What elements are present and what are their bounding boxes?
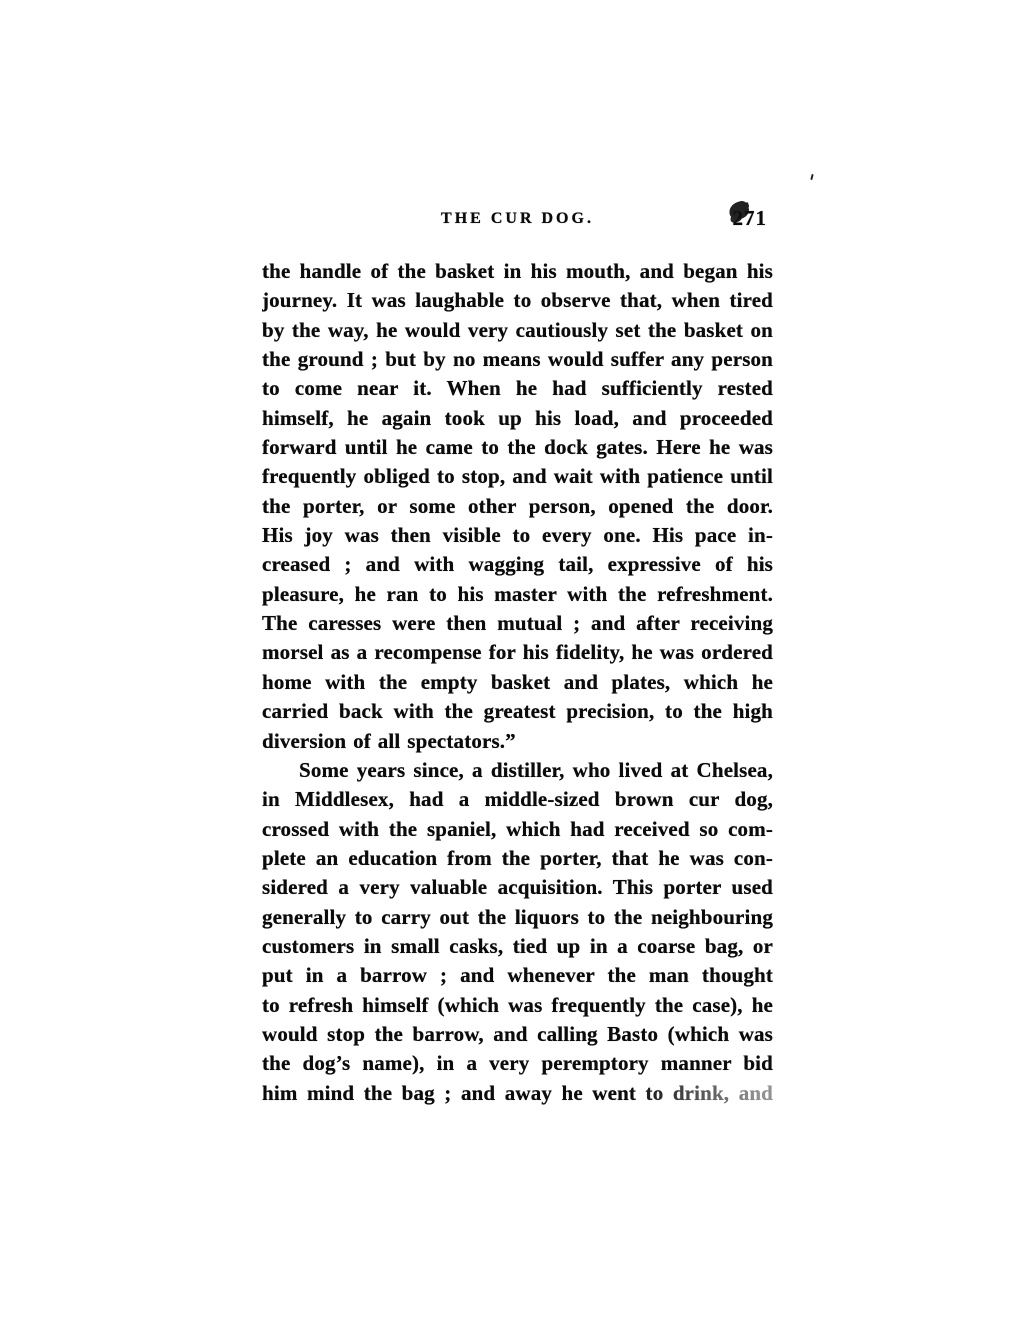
text-line: His joy was then visible to every one. H…: [262, 521, 773, 550]
text-line: forward until he came to the dock gates.…: [262, 433, 773, 462]
text-line: customers in small casks, tied up in a c…: [262, 932, 773, 961]
text-line: Some years since, a distiller, who lived…: [262, 756, 773, 785]
text-line: the dog’s name), in a very peremptory ma…: [262, 1049, 773, 1078]
text-line: himself, he again took up his load, and …: [262, 404, 773, 433]
body-text: the handle of the basket in his mouth, a…: [262, 257, 773, 1108]
text-line: pleasure, he ran to his master with the …: [262, 580, 773, 609]
text-line: carried back with the greatest precision…: [262, 697, 773, 726]
text-line: morsel as a recompense for his fidelity,…: [262, 638, 773, 667]
running-head: THE CUR DOG. 271: [262, 210, 773, 240]
text-line: sidered a very valuable acquisition. Thi…: [262, 873, 773, 902]
book-page: THE CUR DOG. 271 the handle of the baske…: [0, 0, 1033, 1339]
text-line: the porter, or some other person, opened…: [262, 492, 773, 521]
text-line: in Middlesex, had a middle-sized brown c…: [262, 785, 773, 814]
text-line: would stop the barrow, and calling Basto…: [262, 1020, 773, 1049]
text-line: to refresh himself (which was frequently…: [262, 991, 773, 1020]
text-line: creased ; and with wagging tail, express…: [262, 550, 773, 579]
text-line: home with the empty basket and plates, w…: [262, 668, 773, 697]
text-line: him mind the bag ; and away he went to d…: [262, 1079, 773, 1108]
text-line: by the way, he would very cautiously set…: [262, 316, 773, 345]
text-line: the handle of the basket in his mouth, a…: [262, 257, 773, 286]
text-line: The caresses were then mutual ; and afte…: [262, 609, 773, 638]
ink-speck: [810, 174, 813, 180]
text-line: plete an education from the porter, that…: [262, 844, 773, 873]
text-line: diversion of all spectators.”: [262, 727, 773, 756]
text-line: the ground ; but by no means would suffe…: [262, 345, 773, 374]
text-line: frequently obliged to stop, and wait wit…: [262, 462, 773, 491]
page-title: THE CUR DOG.: [262, 210, 773, 228]
text-line: journey. It was laughable to observe tha…: [262, 286, 773, 315]
text-line: put in a barrow ; and whenever the man t…: [262, 961, 773, 990]
text-line: crossed with the spaniel, which had rece…: [262, 815, 773, 844]
text-line: generally to carry out the liquors to th…: [262, 903, 773, 932]
text-line: to come near it. When he had sufficientl…: [262, 374, 773, 403]
